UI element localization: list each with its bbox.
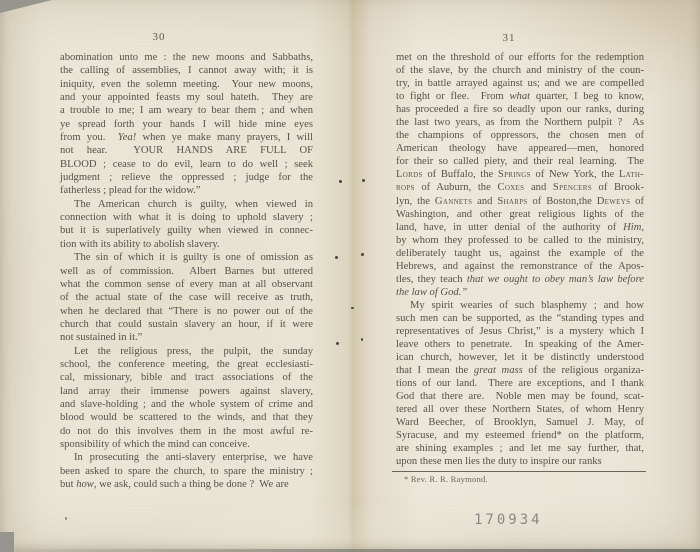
book-scan: 30 31 abomination unto me : the new moon… [0, 0, 700, 552]
text-line: representatives of Jesus Christ,” is a m… [396, 325, 644, 338]
text-line: has proceeded a fire so deadly upon our … [396, 103, 644, 116]
text-line: a trouble to me; I am weary to bear them… [60, 104, 313, 117]
text-line: Syracuse, and my esteemed friend* on the… [396, 429, 644, 442]
text-line: when he declared that “There is no power… [60, 305, 313, 318]
gutter-speck [336, 342, 339, 345]
text-line: In prosecuting the anti-slavery enterpri… [60, 451, 313, 464]
text-line: tions of our land. There are exceptions,… [396, 377, 644, 390]
text-line: to fight or flee. From what quarter, I b… [396, 90, 644, 103]
text-line: but how, we ask, could such a thing be d… [60, 478, 313, 491]
text-line: ye spread forth your hands I will hide m… [60, 118, 313, 131]
text-line: try, in battle arrayed against us; and w… [396, 77, 644, 90]
text-line: ican church, however, let it be distinct… [396, 351, 644, 364]
text-line: land, have, in utter denial of the autho… [396, 221, 644, 234]
text-line: tles, they teach that we ought to obey m… [396, 273, 644, 286]
text-line: Washington, and other great religious li… [396, 208, 644, 221]
text-line: Hebrews, and against the remonstrance of… [396, 260, 644, 273]
text-line: connection with what it is doing to upho… [60, 211, 313, 224]
text-line: My spirit wearies of such blasphemy ; an… [396, 299, 644, 312]
gutter-speck [361, 253, 364, 256]
text-line: the last two years, as from the Northern… [396, 116, 644, 129]
text-line: The American church is guilty, when view… [60, 198, 313, 211]
accession-stamp: 170934 [474, 512, 543, 528]
footnote: * Rev. R. R. Raymond. [404, 474, 644, 484]
text-line: tion with its ability to abolish slavery… [60, 238, 313, 251]
text-line: the calling of assemblies, I cannot away… [60, 64, 313, 77]
paper-speck [65, 517, 67, 520]
text-line: do not do this involves them in the most… [60, 425, 313, 438]
text-line: of the actual state of the case will rec… [60, 291, 313, 304]
text-line: and your appointed feasts my soul hateth… [60, 91, 313, 104]
text-line: not hear. YOUR HANDS ARE FULL OF [60, 144, 313, 157]
page-number-right: 31 [449, 32, 569, 44]
text-line: church that could sustain slavery an hou… [60, 318, 313, 331]
text-line: God that there are. Noble men may be fou… [396, 390, 644, 403]
text-line: that I mean the great mass of the religi… [396, 364, 644, 377]
text-line: by whom they professed to be called to t… [396, 234, 644, 247]
text-line: the law of God.” [396, 286, 644, 299]
gutter-speck [361, 338, 363, 341]
gutter-speck [362, 179, 365, 182]
text-line: upon these men lies the duty to inspire … [396, 455, 644, 468]
text-line: abomination unto me : the new moons and … [60, 51, 313, 64]
text-line: well as of commission. Albert Barnes but… [60, 265, 313, 278]
scanner-bed-corner [0, 0, 52, 13]
text-line: Let the religious press, the pulpit, the… [60, 345, 313, 358]
text-line: American theology have appeared—men, hon… [396, 142, 644, 155]
text-line: school, the conference meeting, the grea… [60, 358, 313, 371]
text-line: Lords of Buffalo, the Springs of New Yor… [396, 168, 644, 181]
text-line: not sustained in it.” [60, 331, 313, 344]
text-line: Ward Beecher, of Brooklyn, Samuel J. May… [396, 416, 644, 429]
gutter-speck [335, 256, 338, 259]
text-line: lyn, the Gannets and Sharps of Boston,th… [396, 195, 644, 208]
page-31-text: met on the threshold of our efforts for … [396, 51, 644, 469]
text-line: iniquity, even the solemn meeting. Your … [60, 78, 313, 91]
text-line: The sin of which it is guilty is one of … [60, 251, 313, 264]
text-line: such men can be supported, as the “stand… [396, 312, 644, 325]
text-line: sponsibility of which the mind can conce… [60, 438, 313, 451]
gutter-speck [339, 180, 342, 183]
text-line: met on the threshold of our efforts for … [396, 51, 644, 64]
gutter-speck [351, 307, 354, 309]
text-line: what the common sense of every man at al… [60, 278, 313, 291]
text-line: but it is superlatively guilty when view… [60, 224, 313, 237]
text-line: rops of Auburn, the Coxes and Spencers o… [396, 181, 644, 194]
text-line: cal, missionary, bible and tract associa… [60, 371, 313, 384]
text-line: BLOOD ; cease to do evil, learn to do we… [60, 158, 313, 171]
text-line: been asked to spare the church, to spare… [60, 465, 313, 478]
page-30-text: abomination unto me : the new moons and … [60, 51, 313, 491]
page-number-left: 30 [99, 31, 219, 43]
text-line: blood would be scattered to the winds, a… [60, 411, 313, 424]
footnote-rule [392, 471, 646, 472]
text-line: are shining examples ; and let me say fu… [396, 442, 644, 455]
text-line: from you. Yea! when ye make many prayers… [60, 131, 313, 144]
text-line: tered all over these Northern States, of… [396, 403, 644, 416]
text-line: of the slave, by the church and ministry… [396, 64, 644, 77]
text-line: fatherless ; plead for the widow.” [60, 184, 313, 197]
text-line: land array their immense powers against … [60, 385, 313, 398]
text-line: for their so called piety, and their rea… [396, 155, 644, 168]
text-line: and slave-holding ; and the whole system… [60, 398, 313, 411]
text-line: deliberately taught us, against the exam… [396, 247, 644, 260]
text-line: leave others to penetrate. In speaking o… [396, 338, 644, 351]
text-line: judgment ; relieve the oppressed ; judge… [60, 171, 313, 184]
text-line: the champions of oppressors, the chosen … [396, 129, 644, 142]
